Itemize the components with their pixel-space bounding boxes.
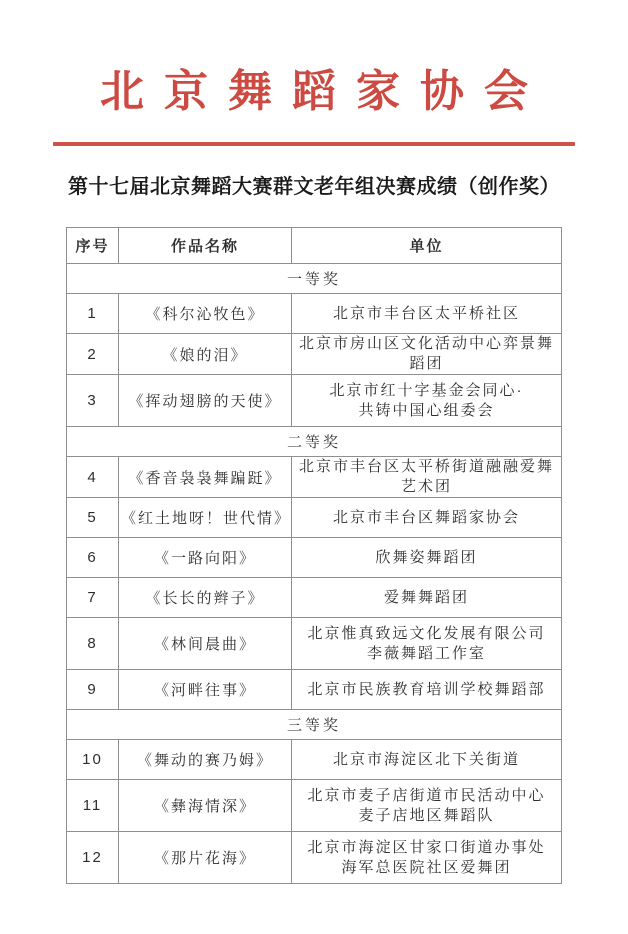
cell-work-title: 《挥动翅膀的天使》: [119, 375, 292, 427]
cell-work-title: 《林间晨曲》: [119, 618, 292, 670]
table-row: 10 《舞动的赛乃姆》 北京市海淀区北下关街道: [67, 740, 562, 780]
cell-unit: 北京市海淀区北下关街道: [292, 740, 562, 780]
unit-line: 北京市海淀区北下关街道: [294, 750, 559, 770]
cell-number: 4: [67, 457, 119, 498]
award-section-row-second-prize: 二等奖: [67, 427, 562, 457]
cell-unit: 北京市红十字基金会同心· 共铸中国心组委会: [292, 375, 562, 427]
cell-work-title: 《河畔往事》: [119, 670, 292, 710]
scanned-document-page: 北京舞蹈家协会 第十七届北京舞蹈大赛群文老年组决赛成绩（创作奖） 序号 作品名称…: [0, 0, 628, 934]
cell-number: 12: [67, 832, 119, 884]
award-section-label: 三等奖: [67, 710, 562, 740]
organization-title-text: 北京舞蹈家协会: [100, 66, 548, 117]
cell-number: 6: [67, 538, 119, 578]
award-section-row-first-prize: 一等奖: [67, 264, 562, 294]
cell-work-title: 《彝海情深》: [119, 780, 292, 832]
table-header-row: 序号 作品名称 单位: [67, 228, 562, 264]
cell-number: 9: [67, 670, 119, 710]
cell-number: 10: [67, 740, 119, 780]
cell-number: 1: [67, 294, 119, 334]
unit-line: 北京市房山区文化活动中心弈景舞蹈团: [294, 334, 559, 374]
table-row: 7 《长长的辫子》 爱舞舞蹈团: [67, 578, 562, 618]
unit-line: 李薇舞蹈工作室: [294, 644, 559, 664]
unit-line: 爱舞舞蹈团: [294, 588, 559, 608]
unit-line: 北京惟真致远文化发展有限公司: [294, 624, 559, 644]
cell-work-title: 《长长的辫子》: [119, 578, 292, 618]
table-row: 5 《红土地呀！世代情》 北京市丰台区舞蹈家协会: [67, 498, 562, 538]
unit-line: 北京市海淀区甘家口街道办事处: [294, 838, 559, 858]
cell-unit: 北京市丰台区太平桥街道融融爱舞艺术团: [292, 457, 562, 498]
unit-line: 麦子店地区舞蹈队: [294, 806, 559, 826]
unit-line: 北京市民族教育培训学校舞蹈部: [294, 680, 559, 700]
unit-line: 北京市红十字基金会同心·: [294, 381, 559, 401]
cell-number: 7: [67, 578, 119, 618]
award-section-row-third-prize: 三等奖: [67, 710, 562, 740]
cell-unit: 北京市海淀区甘家口街道办事处 海军总医院社区爱舞团: [292, 832, 562, 884]
cell-number: 2: [67, 334, 119, 375]
cell-work-title: 《香音袅袅舞蹁跹》: [119, 457, 292, 498]
cell-unit: 北京市麦子店街道市民活动中心 麦子店地区舞蹈队: [292, 780, 562, 832]
table-row: 11 《彝海情深》 北京市麦子店街道市民活动中心 麦子店地区舞蹈队: [67, 780, 562, 832]
table-row: 9 《河畔往事》 北京市民族教育培训学校舞蹈部: [67, 670, 562, 710]
unit-line: 共铸中国心组委会: [294, 401, 559, 421]
cell-work-title: 《舞动的赛乃姆》: [119, 740, 292, 780]
cell-work-title: 《一路向阳》: [119, 538, 292, 578]
column-header-number: 序号: [67, 228, 119, 264]
cell-unit: 北京市丰台区舞蹈家协会: [292, 498, 562, 538]
cell-work-title: 《科尔沁牧色》: [119, 294, 292, 334]
document-title: 第十七届北京舞蹈大赛群文老年组决赛成绩（创作奖）: [0, 174, 628, 200]
cell-number: 8: [67, 618, 119, 670]
header-divider-rule: [53, 142, 575, 146]
award-section-label: 二等奖: [67, 427, 562, 457]
table-row: 1 《科尔沁牧色》 北京市丰台区太平桥社区: [67, 294, 562, 334]
award-section-label: 一等奖: [67, 264, 562, 294]
column-header-work: 作品名称: [119, 228, 292, 264]
cell-work-title: 《娘的泪》: [119, 334, 292, 375]
table-row: 12 《那片花海》 北京市海淀区甘家口街道办事处 海军总医院社区爱舞团: [67, 832, 562, 884]
cell-work-title: 《红土地呀！世代情》: [119, 498, 292, 538]
cell-number: 11: [67, 780, 119, 832]
unit-line: 北京市丰台区太平桥街道融融爱舞艺术团: [294, 457, 559, 497]
unit-line: 欣舞姿舞蹈团: [294, 548, 559, 568]
column-header-unit: 单位: [292, 228, 562, 264]
cell-work-title: 《那片花海》: [119, 832, 292, 884]
cell-unit: 北京市丰台区太平桥社区: [292, 294, 562, 334]
unit-line: 北京市丰台区太平桥社区: [294, 304, 559, 324]
unit-line: 北京市麦子店街道市民活动中心: [294, 786, 559, 806]
organization-title: 北京舞蹈家协会: [0, 64, 628, 120]
table-row: 4 《香音袅袅舞蹁跹》 北京市丰台区太平桥街道融融爱舞艺术团: [67, 457, 562, 498]
cell-unit: 欣舞姿舞蹈团: [292, 538, 562, 578]
unit-line: 海军总医院社区爱舞团: [294, 858, 559, 878]
table-row: 2 《娘的泪》 北京市房山区文化活动中心弈景舞蹈团: [67, 334, 562, 375]
cell-unit: 北京市房山区文化活动中心弈景舞蹈团: [292, 334, 562, 375]
table-row: 3 《挥动翅膀的天使》 北京市红十字基金会同心· 共铸中国心组委会: [67, 375, 562, 427]
results-table: 序号 作品名称 单位 一等奖 1 《科尔沁牧色》 北京市丰台区太平桥社区 2 《…: [66, 227, 562, 884]
cell-number: 5: [67, 498, 119, 538]
cell-unit: 爱舞舞蹈团: [292, 578, 562, 618]
cell-number: 3: [67, 375, 119, 427]
cell-unit: 北京市民族教育培训学校舞蹈部: [292, 670, 562, 710]
table-row: 8 《林间晨曲》 北京惟真致远文化发展有限公司 李薇舞蹈工作室: [67, 618, 562, 670]
table-row: 6 《一路向阳》 欣舞姿舞蹈团: [67, 538, 562, 578]
unit-line: 北京市丰台区舞蹈家协会: [294, 508, 559, 528]
cell-unit: 北京惟真致远文化发展有限公司 李薇舞蹈工作室: [292, 618, 562, 670]
